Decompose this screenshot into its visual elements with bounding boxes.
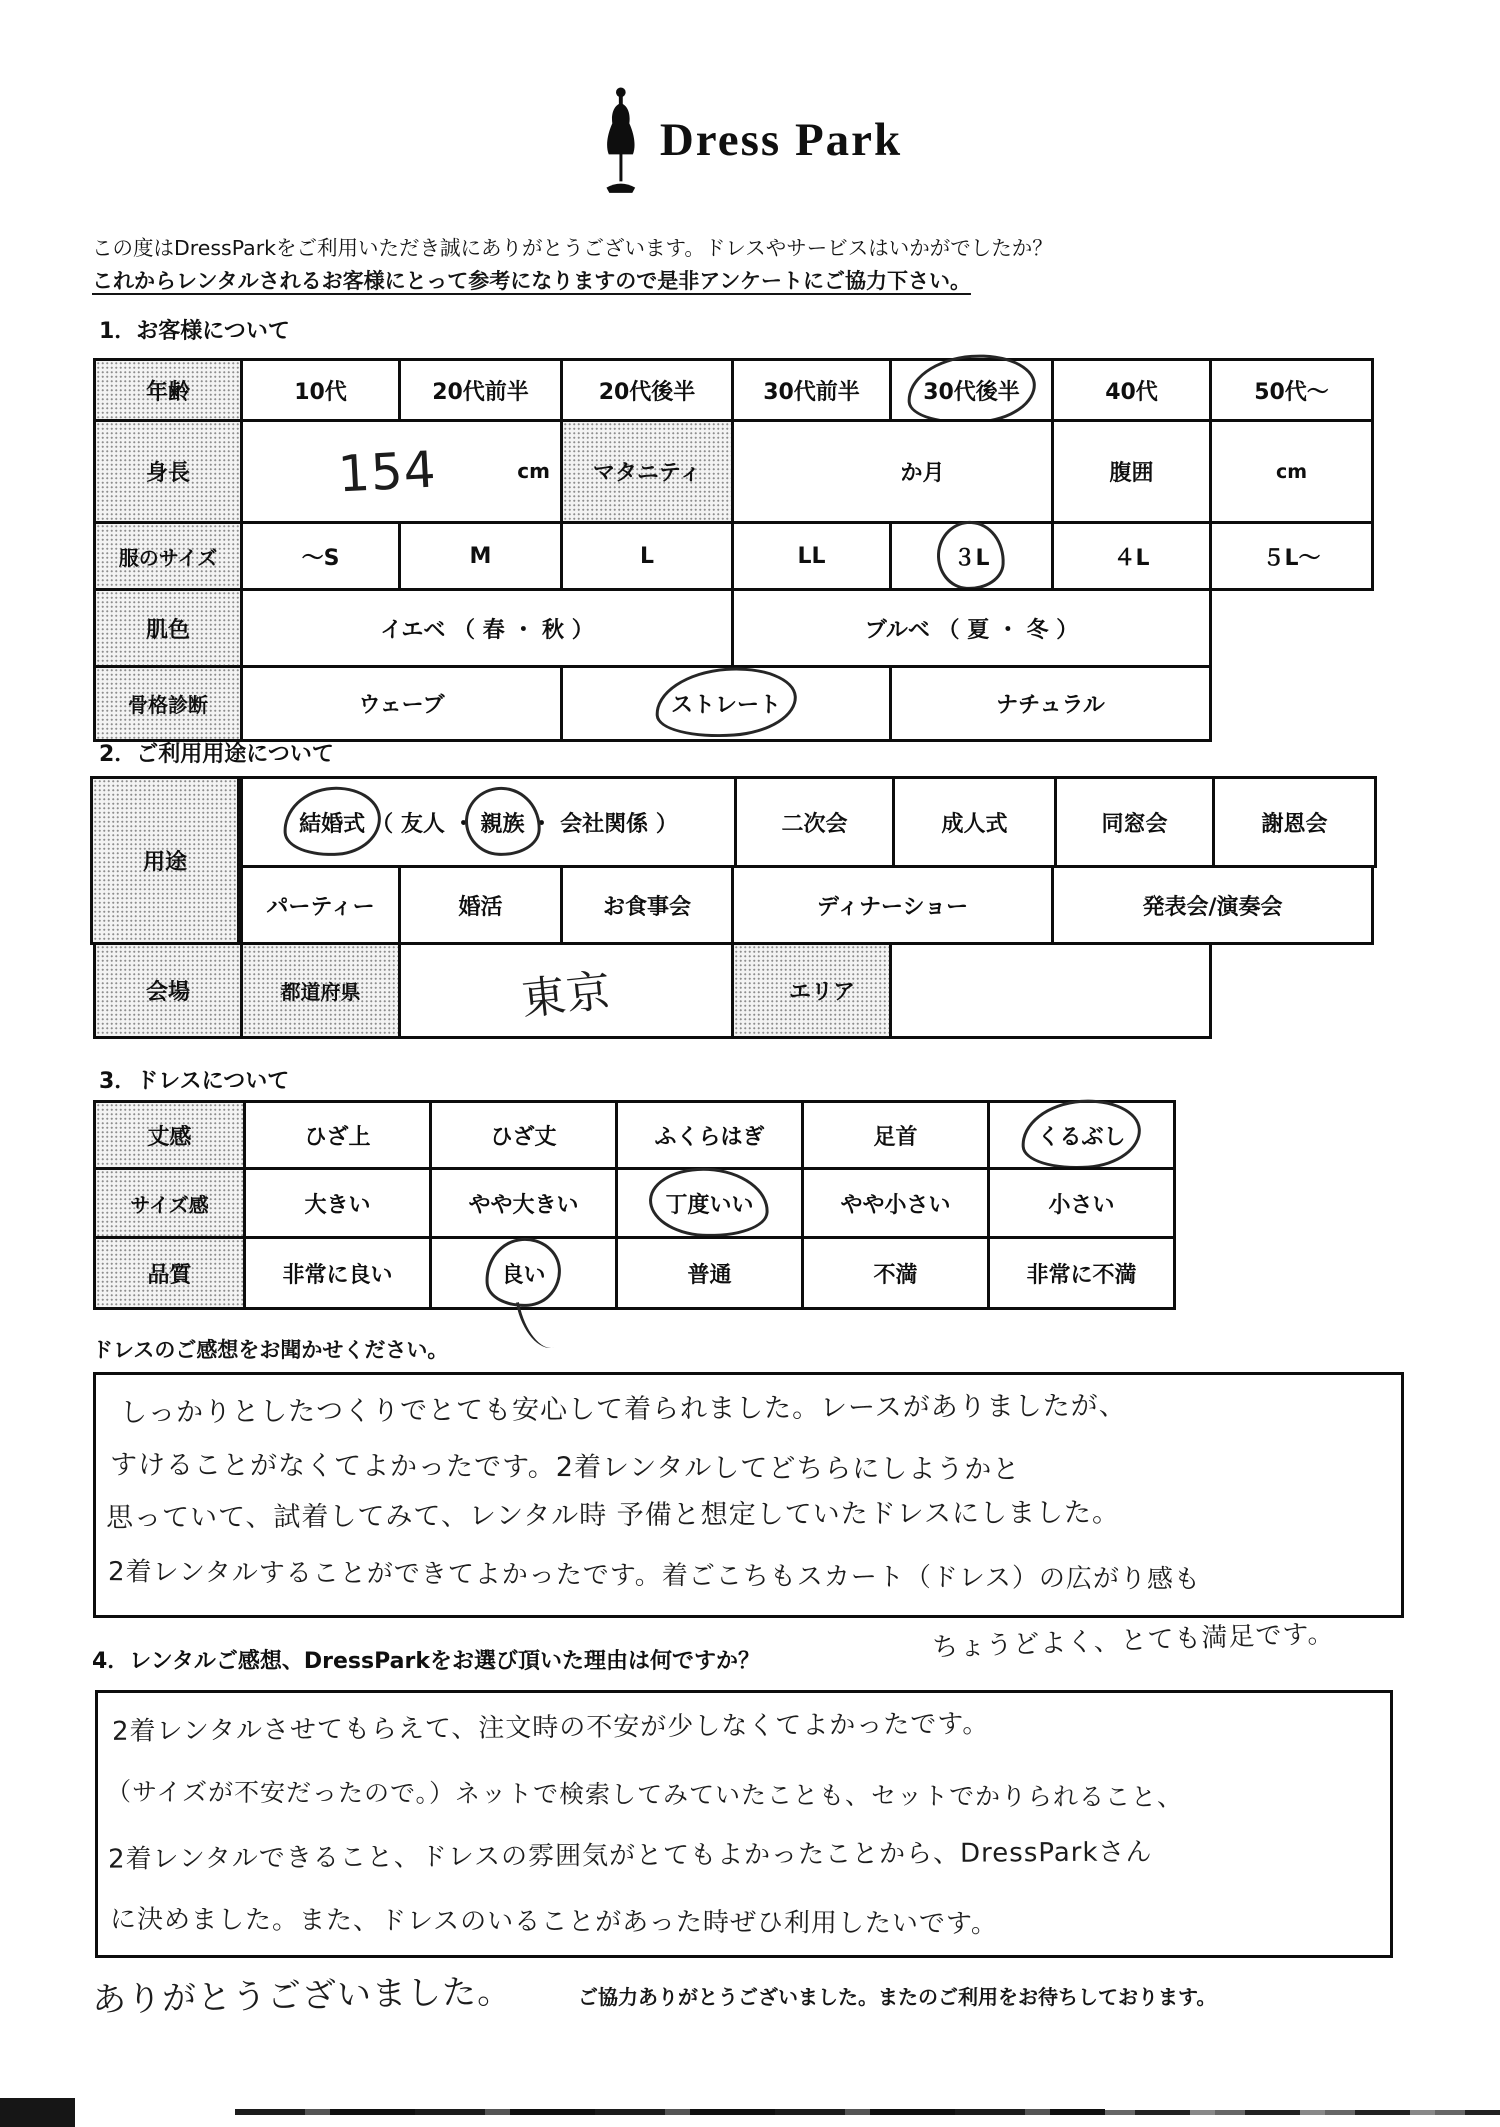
fit-option-slightly-big: やや大きい xyxy=(429,1167,618,1239)
quality-option-very-good: 非常に良い xyxy=(243,1236,432,1310)
fit-option-big: 大きい xyxy=(243,1167,432,1239)
height-handwritten-value: 154 xyxy=(337,440,438,503)
purpose-row-2: パーティー 婚活 お食事会 ディナーショー 発表会/演奏会 xyxy=(240,865,1395,945)
handwritten-line: に決めました。また、ドレスのいることがあった時ぜひ利用したいです。 xyxy=(110,1899,998,1941)
length-option-anklebone: くるぶし xyxy=(987,1100,1176,1170)
selection-circle-fit: 丁度いい xyxy=(665,1188,753,1219)
frame-diagnosis-row: 骨格診断 ウェーブ ストレート ナチュラル xyxy=(93,665,1374,742)
purpose-option-recital: 発表会/演奏会 xyxy=(1051,865,1374,945)
quality-option-very-unsatisfied: 非常に不満 xyxy=(987,1236,1176,1310)
quality-row-header: 品質 xyxy=(93,1236,246,1310)
section3-heading: 3．ドレスについて xyxy=(99,1064,289,1095)
size-option-ll: LL xyxy=(731,521,892,591)
frame-row-header: 骨格診断 xyxy=(93,665,243,742)
selection-circle-wedding: 結婚式 xyxy=(299,807,365,838)
selection-circle-frame: ストレート xyxy=(671,688,781,719)
purpose-row-1: 結婚式 （ 友人 ・ 親族 ・ 会社関係 ） 二次会 成人式 同窓会 謝恩会 xyxy=(240,776,1395,868)
skin-row-header: 肌色 xyxy=(93,588,243,668)
dress-table: 丈感 ひざ上 ひざ丈 ふくらはぎ 足首 くるぶし サイズ感 大きい やや大きい … xyxy=(93,1100,1176,1310)
prefecture-label-cell: 都道府県 xyxy=(240,942,401,1039)
purpose-option-matchmaking: 婚活 xyxy=(398,865,563,945)
purpose-option-afterparty: 二次会 xyxy=(734,776,895,868)
size-option-5l: ５L～ xyxy=(1209,521,1374,591)
selection-circle-size: ３L xyxy=(953,541,989,572)
intro-text: この度はDressParkをご利用いただき誠にありがとうございます。ドレスやサー… xyxy=(92,231,1452,261)
length-row: 丈感 ひざ上 ひざ丈 ふくらはぎ 足首 くるぶし xyxy=(93,1100,1176,1170)
fit-row-header: サイズ感 xyxy=(93,1167,246,1239)
size-option-3l: ３L xyxy=(889,521,1054,591)
length-option-above-knee: ひざ上 xyxy=(243,1100,432,1170)
frame-option-wave: ウェーブ xyxy=(240,665,563,742)
purpose-option-reunion: 同窓会 xyxy=(1054,776,1215,868)
size-option-4l: ４L xyxy=(1051,521,1212,591)
waist-unit-cell: cm xyxy=(1209,419,1374,524)
maternity-cell: マタニティ xyxy=(560,419,734,524)
purpose-option-wedding: 結婚式 （ 友人 ・ 親族 ・ 会社関係 ） xyxy=(240,776,737,868)
handwritten-line: しっかりとしたつくりでとても安心して着られました。レースがありましたが、 xyxy=(120,1383,1127,1429)
dress-feedback-prompt: ドレスのご感想をお聞かせください。 xyxy=(92,1334,448,1364)
age-option-40s: 40代 xyxy=(1051,358,1212,422)
handwritten-line: 思っていて、試着してみて、レンタル時 予備と想定していたドレスにしました。 xyxy=(106,1490,1120,1534)
size-option-l: L xyxy=(560,521,734,591)
scan-artifact xyxy=(235,2109,1105,2115)
selection-circle-relative: 親族 xyxy=(481,807,525,838)
fit-row: サイズ感 大きい やや大きい 丁度いい やや小さい 小さい xyxy=(93,1167,1176,1239)
quality-option-good: 良い xyxy=(429,1236,618,1310)
handwritten-line: （サイズが不安だったので。）ネットで検索してみていたことも、セットでかりられるこ… xyxy=(106,1772,1183,1814)
length-option-calf: ふくらはぎ xyxy=(615,1100,804,1170)
frame-option-straight: ストレート xyxy=(560,665,892,742)
scanned-survey-page: { "logo": { "brand": "Dress Park" }, "in… xyxy=(0,0,1500,2127)
skin-option-yellow-base: イエベ （ 春 ・ 秋 ） xyxy=(240,588,734,668)
brand-name: Dress Park xyxy=(660,113,902,167)
handwritten-line: 2着レンタルできること、ドレスの雰囲気がとてもよかったことから、DressPar… xyxy=(108,1831,1153,1875)
purpose-option-dinner-show: ディナーショー xyxy=(731,865,1054,945)
wedding-paren-open: （ 友人 ・ xyxy=(371,807,474,838)
quality-option-unsatisfied: 不満 xyxy=(801,1236,990,1310)
purpose-row-header: 用途 xyxy=(90,776,240,945)
dress-feedback-box: しっかりとしたつくりでとても安心して着られました。レースがありましたが、 すける… xyxy=(93,1372,1404,1618)
frame-option-natural: ナチュラル xyxy=(889,665,1212,742)
section1-heading: 1．お客様について xyxy=(99,314,290,345)
age-option-20s-early: 20代前半 xyxy=(398,358,563,422)
fit-option-just-right: 丁度いい xyxy=(615,1167,804,1239)
purpose-option-coming-of-age: 成人式 xyxy=(892,776,1057,868)
handwritten-thanks: ありがとうございました。 xyxy=(92,1964,513,2022)
height-unit: cm xyxy=(517,459,550,483)
height-row-header: 身長 xyxy=(93,419,243,524)
customer-table: 年齢 10代 20代前半 20代後半 30代前半 30代後半 40代 50代～ … xyxy=(93,358,1374,742)
size-option-m: M xyxy=(398,521,563,591)
selection-circle-age: 30代後半 xyxy=(923,375,1020,406)
selection-circle-length: くるぶし xyxy=(1037,1120,1125,1151)
age-option-50s: 50代～ xyxy=(1209,358,1374,422)
handwritten-line: すけることがなくてよかったです。2着レンタルしてどちらにしようかと xyxy=(110,1443,1020,1487)
quality-option-average: 普通 xyxy=(615,1236,804,1310)
section4-heading: 4．レンタルご感想、DressParkをお選び頂いた理由は何ですか？ xyxy=(92,1644,760,1675)
scan-artifact xyxy=(1105,2110,1500,2115)
purpose-option-thanks-party: 謝恩会 xyxy=(1212,776,1377,868)
prefecture-handwritten-value: 東京 xyxy=(518,954,614,1027)
age-option-20s-late: 20代後半 xyxy=(560,358,734,422)
skin-option-blue-base: ブルベ （ 夏 ・ 冬 ） xyxy=(731,588,1212,668)
prefecture-value-cell: 東京 xyxy=(398,942,734,1039)
brand-logo: Dress Park xyxy=(598,86,902,194)
size-row-header: 服のサイズ xyxy=(93,521,243,591)
section2-heading: 2．ご利用用途について xyxy=(99,737,334,768)
handwritten-overflow-line: ちょうどよく、とても満足です。 xyxy=(931,1613,1334,1664)
purpose-option-dinner-party: お食事会 xyxy=(560,865,734,945)
area-value-cell xyxy=(889,942,1212,1039)
fit-option-small: 小さい xyxy=(987,1167,1176,1239)
dress-form-icon xyxy=(598,86,644,194)
age-option-10s: 10代 xyxy=(240,358,401,422)
scan-artifact xyxy=(0,2098,75,2127)
venue-row: 会場 都道府県 東京 エリア xyxy=(93,942,1395,1039)
age-option-30s-early: 30代前半 xyxy=(731,358,892,422)
height-row: 身長 154 cm マタニティ か月 腹囲 cm xyxy=(93,419,1374,524)
clothing-size-row: 服のサイズ ～S M L LL ３L ４L ５L～ xyxy=(93,521,1374,591)
reason-feedback-box: 2着レンタルさせてもらえて、注文時の不安が少しなくてよかったです。 （サイズが不… xyxy=(95,1690,1393,1958)
area-label-cell: エリア xyxy=(731,942,892,1039)
printed-thanks: ご協力ありがとうございました。またのご利用をお待ちしております。 xyxy=(578,1981,1216,2010)
skin-tone-row: 肌色 イエベ （ 春 ・ 秋 ） ブルベ （ 夏 ・ 冬 ） xyxy=(93,588,1374,668)
handwritten-line: 2着レンタルさせてもらえて、注文時の不安が少しなくてよかったです。 xyxy=(112,1703,990,1748)
selection-circle-quality: 良い xyxy=(501,1258,545,1289)
height-value-cell: 154 cm xyxy=(240,419,563,524)
maternity-months-cell: か月 xyxy=(731,419,1054,524)
length-option-knee: ひざ丈 xyxy=(429,1100,618,1170)
waist-label-cell: 腹囲 xyxy=(1051,419,1212,524)
fit-option-slightly-small: やや小さい xyxy=(801,1167,990,1239)
venue-row-header: 会場 xyxy=(93,942,243,1039)
length-row-header: 丈感 xyxy=(93,1100,246,1170)
age-option-30s-late: 30代後半 xyxy=(889,358,1054,422)
quality-row: 品質 非常に良い 良い 普通 不満 非常に不満 xyxy=(93,1236,1176,1310)
length-option-ankle: 足首 xyxy=(801,1100,990,1170)
intro-request-text: これからレンタルされるお客様にとって参考になりますので是非アンケートにご協力下さ… xyxy=(92,265,1452,295)
age-row-header: 年齢 xyxy=(93,358,243,422)
usage-table: 用途 結婚式 （ 友人 ・ 親族 ・ 会社関係 ） 二次会 成人式 同窓会 謝恩… xyxy=(93,776,1395,1042)
age-row: 年齢 10代 20代前半 20代後半 30代前半 30代後半 40代 50代～ xyxy=(93,358,1374,422)
size-option-s: ～S xyxy=(240,521,401,591)
handwritten-line: 2着レンタルすることができてよかったです。着ごこちもスカート（ドレス）の広がり感… xyxy=(108,1551,1201,1596)
purpose-option-party: パーティー xyxy=(240,865,401,945)
wedding-paren-close: ・ 会社関係 ） xyxy=(531,807,678,838)
